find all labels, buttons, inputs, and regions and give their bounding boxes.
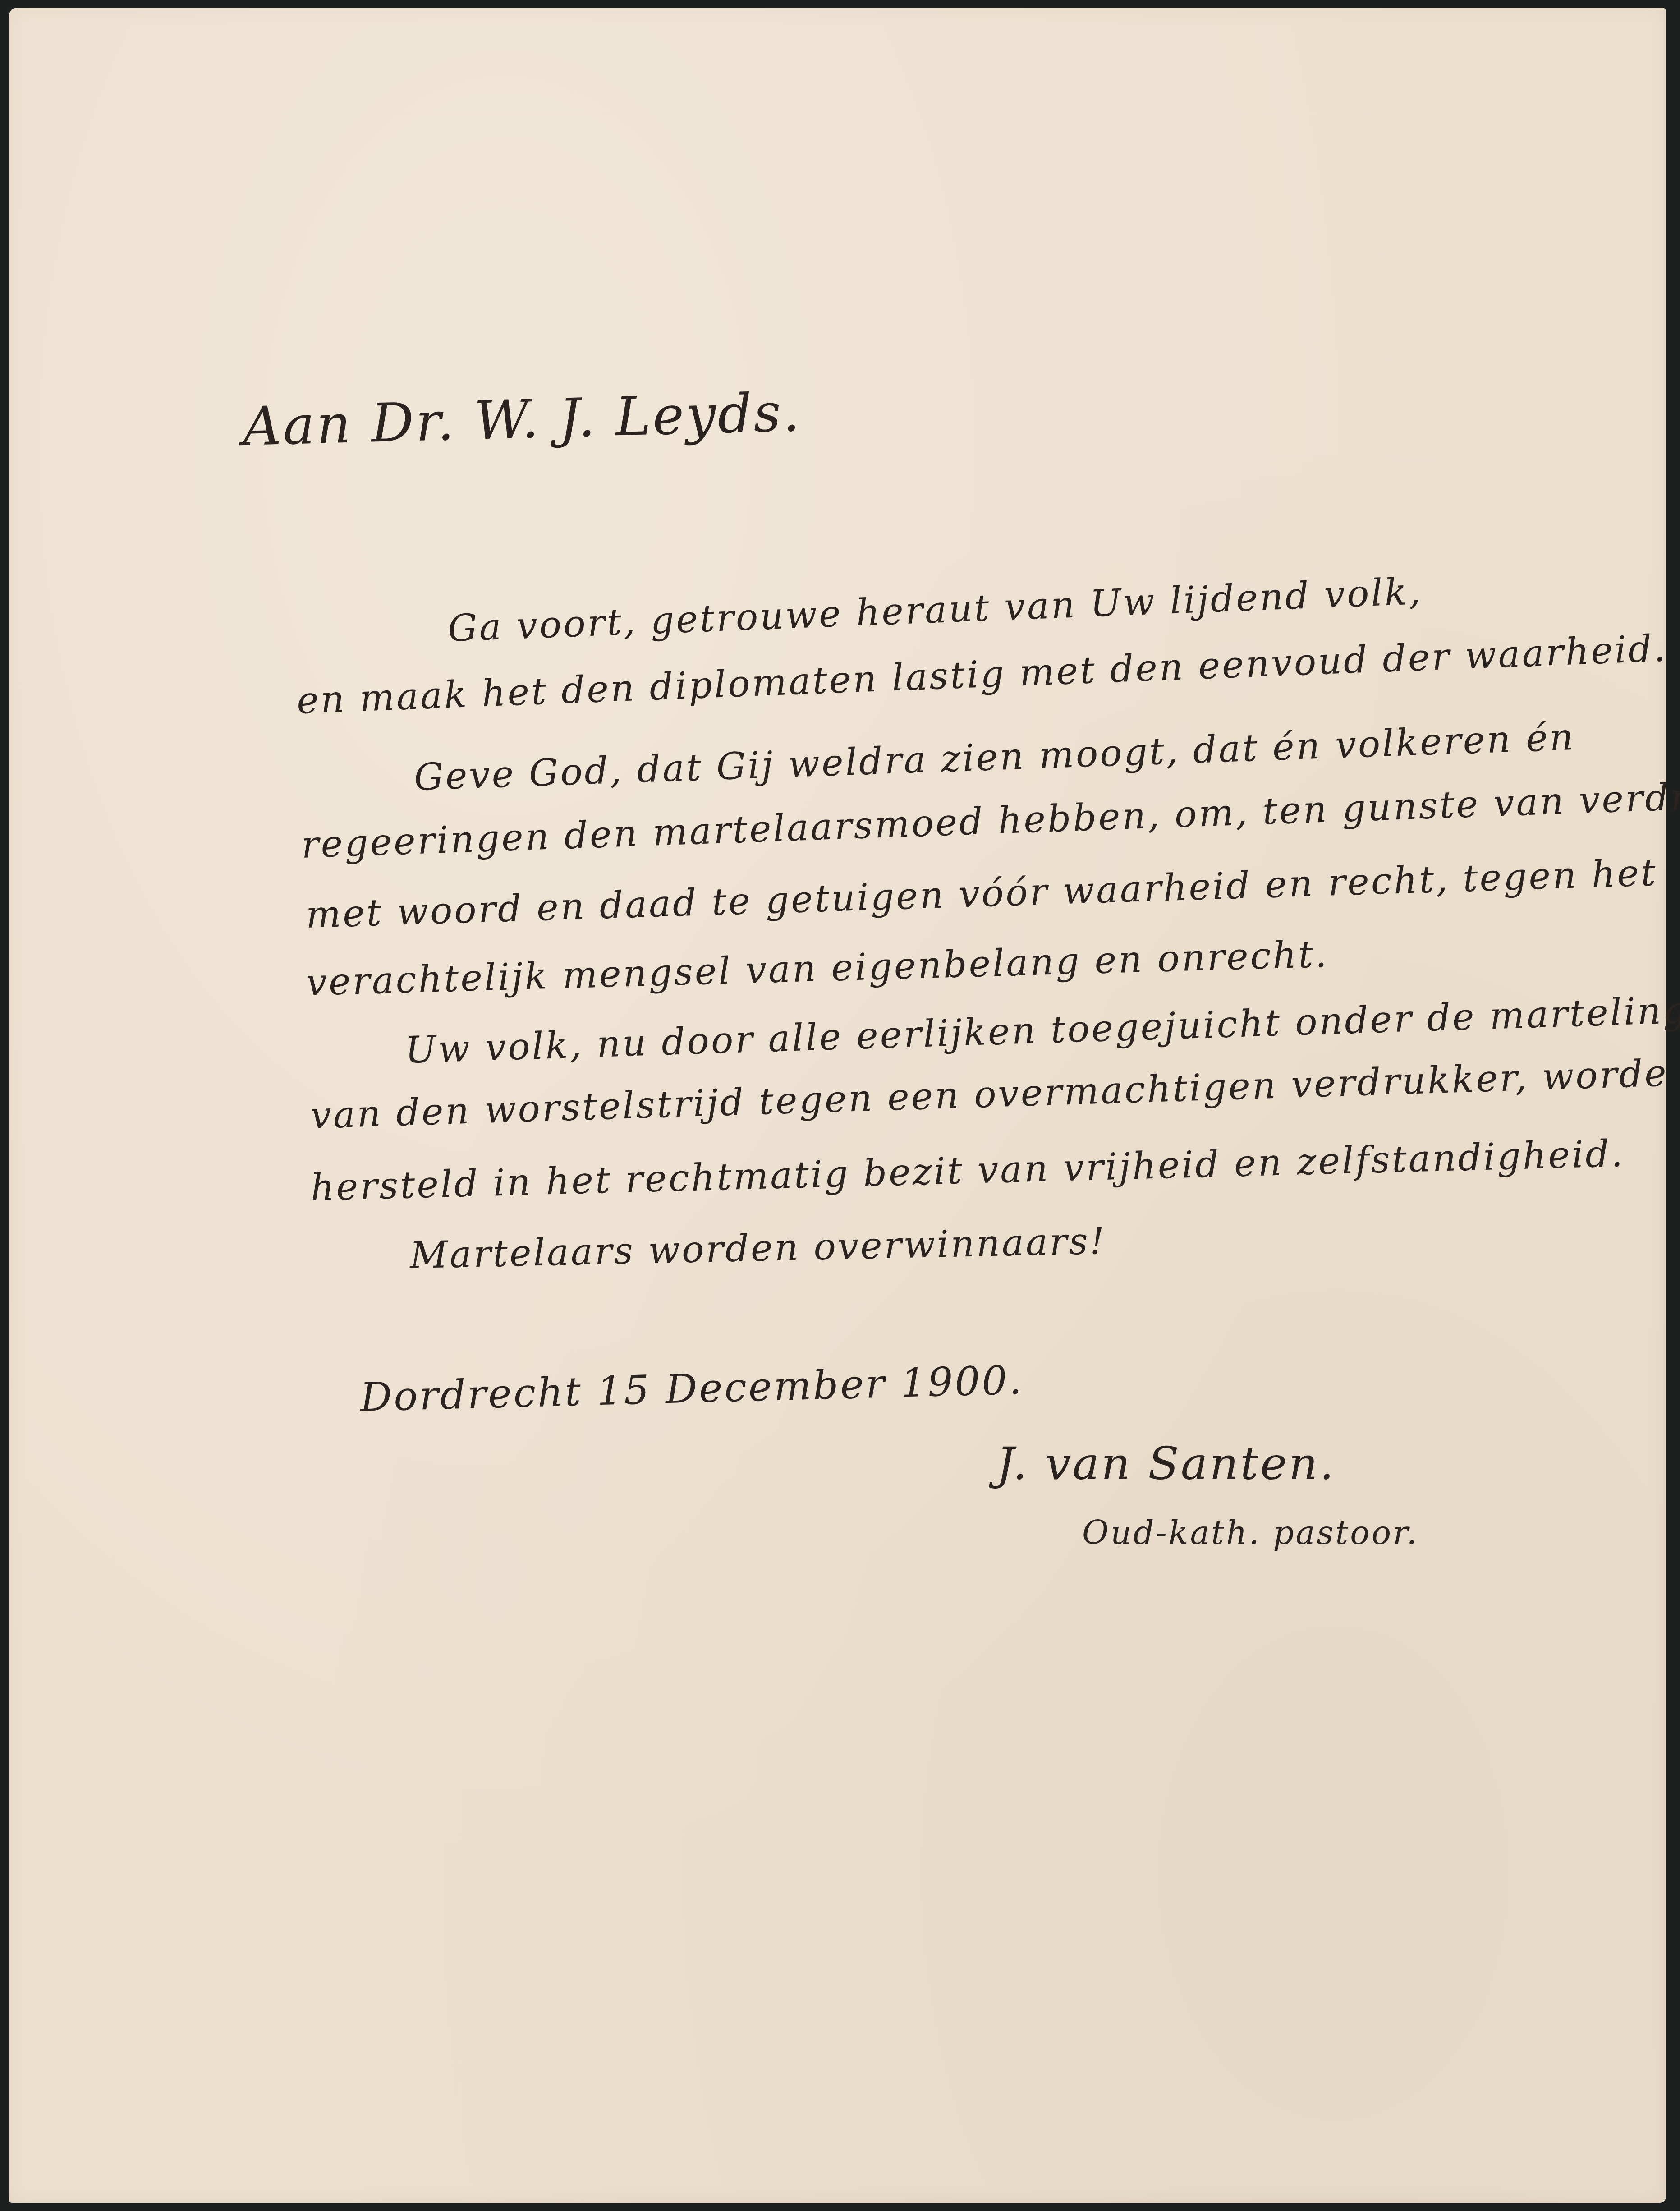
salutation: Aan Dr. W. J. Leyds.	[242, 381, 802, 458]
place-date: Dordrecht 15 December 1900.	[359, 1357, 1024, 1420]
body-line-6: verachtelijk mengsel van eigenbelang en …	[305, 933, 1329, 1004]
body-line-9: hersteld in het rechtmatig bezit van vri…	[310, 1132, 1625, 1209]
body-line-5: met woord en daad te getuigen vóór waarh…	[305, 851, 1658, 937]
letter-sheet: Aan Dr. W. J. Leyds. Ga voort, getrouwe …	[9, 8, 1666, 2203]
body-line-1: Ga voort, getrouwe heraut van Uw lijdend…	[447, 570, 1423, 650]
body-line-10: Martelaars worden overwinnaars!	[409, 1220, 1107, 1277]
signature: J. van Santen.	[996, 1437, 1336, 1490]
signature-title: Oud-kath. pastoor.	[1082, 1514, 1418, 1552]
